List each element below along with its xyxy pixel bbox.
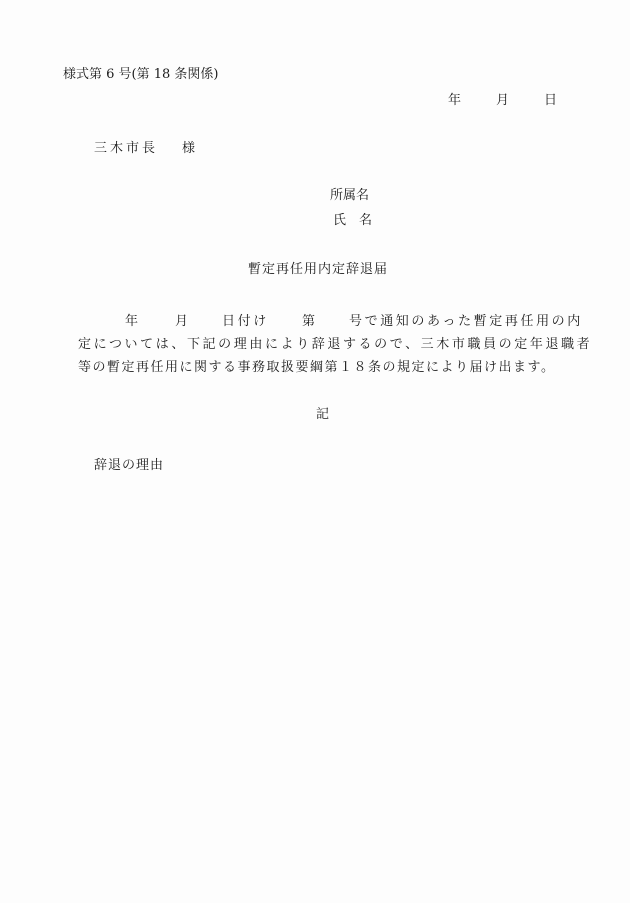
date-year-label: 年 <box>448 93 496 109</box>
sender-name-label-1: 氏 <box>333 213 347 228</box>
body-row-2: 定については、下記の理由により辞退するので、三木市職員の定年退職者 <box>78 333 578 356</box>
sender-name-label: 氏名 <box>333 213 373 229</box>
date-day-label: 日 <box>544 93 557 109</box>
addressee-honorific: 様 <box>182 141 195 157</box>
addressee-recipient: 三木市長 <box>94 141 182 157</box>
body-row-1: 年月日付け第号で通知のあった暫定再任用の内 <box>78 310 578 333</box>
document-page: 様式第 6 号(第 18 条関係) 年 月 日 三木市長 様 所属名 氏名 暫定… <box>0 0 630 903</box>
date-line: 年 月 日 <box>448 93 557 109</box>
document-title: 暫定再任用内定辞退届 <box>248 262 388 278</box>
date-month-label: 月 <box>496 93 544 109</box>
sender-name-label-2: 名 <box>359 213 373 228</box>
addressee: 三木市長 様 <box>94 141 195 157</box>
body-row-1-rest: 号で通知のあった暫定再任用の内 <box>349 310 583 333</box>
ki-heading: 記 <box>316 407 329 423</box>
body-month-label: 月 <box>175 310 222 333</box>
body-number-prefix: 第 <box>302 310 349 333</box>
body-paragraph: 年月日付け第号で通知のあった暫定再任用の内 定については、下記の理由により辞退す… <box>78 310 578 379</box>
body-year-label: 年 <box>125 310 175 333</box>
reason-label: 辞退の理由 <box>94 458 164 474</box>
body-dated-label: 日付け <box>222 310 302 333</box>
sender-affiliation-label: 所属名 <box>330 188 369 204</box>
form-number: 様式第 6 号(第 18 条関係) <box>63 67 219 83</box>
body-row-3: 等の暫定再任用に関する事務取扱要綱第１８条の規定により届け出ます。 <box>78 356 578 379</box>
